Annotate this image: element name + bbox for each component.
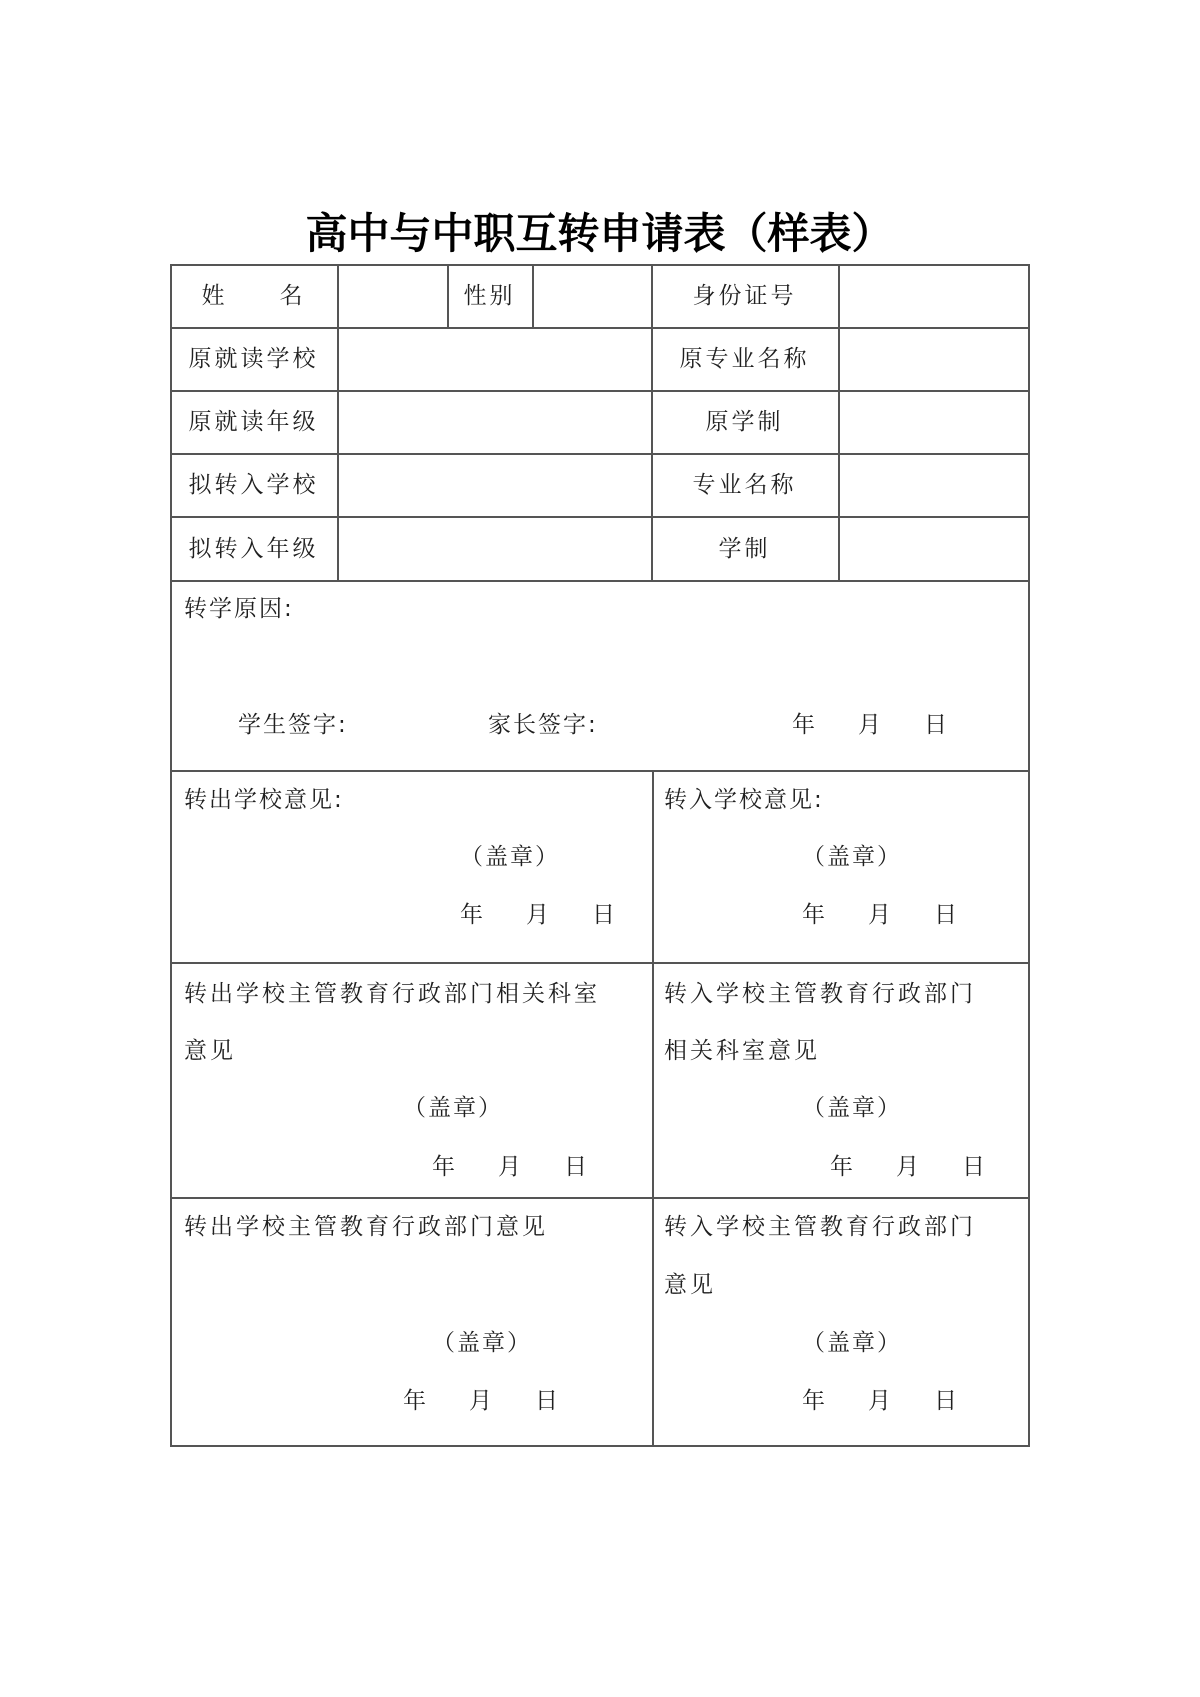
gender-field[interactable] — [534, 266, 651, 327]
original-school-field[interactable] — [339, 329, 651, 390]
out-dept-office-seal: （盖章） — [403, 1093, 503, 1123]
target-duration-label: 学制 — [651, 534, 838, 564]
application-form-table: 姓 名 性别 身份证号 原就读学校 原专业名称 原就读年级 原学制 拟转入学校 … — [170, 264, 1029, 1446]
in-dept-opinion-label-line2: 意见 — [664, 1270, 716, 1300]
table-border-right — [1028, 264, 1030, 1447]
original-grade-field[interactable] — [339, 392, 651, 453]
target-major-field[interactable] — [840, 455, 1028, 516]
target-school-label: 拟转入学校 — [170, 470, 337, 500]
out-dept-opinion-label: 转出学校主管教育行政部门意见 — [184, 1212, 548, 1242]
in-school-seal: （盖章） — [802, 842, 902, 872]
in-dept-office-opinion-label: 转入学校主管教育行政部门 — [664, 979, 976, 1009]
table-border-left — [170, 264, 172, 1447]
target-school-field[interactable] — [339, 455, 651, 516]
target-grade-field[interactable] — [339, 518, 651, 580]
target-major-label: 专业名称 — [651, 470, 838, 500]
in-dept-office-opinion-label-line2: 相关科室意见 — [664, 1036, 820, 1066]
id-number-label: 身份证号 — [651, 281, 838, 311]
out-school-opinion-label: 转出学校意见: — [184, 785, 344, 815]
form-title: 高中与中职互转申请表（样表） — [170, 206, 1029, 262]
out-dept-date: 年 月 日 — [403, 1386, 568, 1416]
document-page: 高中与中职互转申请表（样表） 姓 名 性别 身份证号 原就读学校 原专业名称 — [0, 0, 1200, 1697]
target-grade-label: 拟转入年级 — [170, 534, 337, 564]
out-dept-seal: （盖章） — [432, 1328, 532, 1358]
out-school-seal: （盖章） — [460, 842, 560, 872]
name-label: 姓 名 — [170, 281, 337, 311]
in-school-date: 年 月 日 — [802, 900, 967, 930]
name-field[interactable] — [339, 266, 447, 327]
gender-label: 性别 — [447, 281, 532, 311]
out-dept-office-opinion-label-line2: 意见 — [184, 1036, 236, 1066]
out-school-date: 年 月 日 — [460, 900, 625, 930]
table-border-bottom — [170, 1445, 1029, 1447]
target-duration-field[interactable] — [840, 518, 1028, 580]
original-duration-field[interactable] — [840, 392, 1028, 453]
transfer-reason-field[interactable] — [184, 629, 1014, 689]
student-signature-label: 学生签字: — [238, 710, 348, 740]
id-number-field[interactable] — [840, 266, 1028, 327]
original-school-label: 原就读学校 — [170, 344, 337, 374]
row-divider — [170, 580, 1029, 582]
original-major-label: 原专业名称 — [651, 344, 838, 374]
parent-signature-label: 家长签字: — [488, 710, 598, 740]
out-dept-office-date: 年 月 日 — [432, 1152, 597, 1182]
in-dept-seal: （盖章） — [802, 1328, 902, 1358]
reason-date: 年 月 日 — [792, 710, 957, 740]
row-divider — [170, 770, 1029, 772]
in-dept-office-seal: （盖章） — [802, 1093, 902, 1123]
in-dept-office-date: 年 月 日 — [830, 1152, 995, 1182]
original-grade-label: 原就读年级 — [170, 407, 337, 437]
row-divider — [170, 962, 1029, 964]
in-school-opinion-label: 转入学校意见: — [664, 785, 824, 815]
row-divider — [170, 1197, 1029, 1199]
transfer-reason-label: 转学原因: — [184, 594, 294, 624]
col-divider — [652, 770, 654, 1446]
original-duration-label: 原学制 — [651, 407, 838, 437]
original-major-field[interactable] — [840, 329, 1028, 390]
out-dept-office-opinion-label: 转出学校主管教育行政部门相关科室 — [184, 979, 600, 1009]
in-dept-opinion-label: 转入学校主管教育行政部门 — [664, 1212, 976, 1242]
in-dept-date: 年 月 日 — [802, 1386, 967, 1416]
